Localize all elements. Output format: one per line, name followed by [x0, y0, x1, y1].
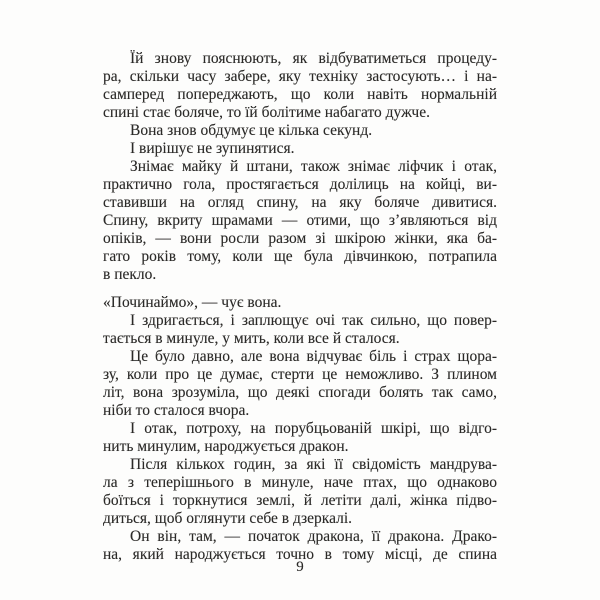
text-line: Після кількох годин, за які її свідоміст… [103, 456, 497, 474]
text-line: опіків, — вони росли разом зі шкірою жін… [103, 230, 497, 248]
paragraph: Вона знов обдумує це кілька секунд. [103, 122, 497, 140]
text-line: Знімає майку й штани, також знімає ліфчи… [103, 158, 497, 176]
paragraph: Після кількох годин, за які її свідоміст… [103, 456, 497, 528]
text-line: ставивши на огляд спину, на яку боляче д… [103, 194, 497, 212]
text-block: Їй знову пояснюють, як відбуватиметься п… [103, 50, 497, 564]
text-line: диться, щоб оглянути себе в дзеркалі. [103, 510, 497, 528]
text-line: Он він, там, — початок дракона, її драко… [103, 528, 497, 546]
text-line: практично гола, простягається долілиць н… [103, 176, 497, 194]
text-line: нить минулим, народжується дракон. [103, 438, 497, 456]
text-line: гато років тому, коли ще була дівчинкою,… [103, 248, 497, 266]
paragraph: Це було давно, але вона відчуває біль і … [103, 348, 497, 420]
text-line: боїться і торкнутися землі, й летіти дал… [103, 492, 497, 510]
text-line: самперед попереджають, що коли навіть но… [103, 86, 497, 104]
page-number: 9 [0, 558, 600, 576]
text-line: спині стає боляче, то їй болітиме набага… [103, 104, 497, 122]
text-line: зу, коли про це думає, стерти це неможли… [103, 366, 497, 384]
text-line: Їй знову пояснюють, як відбуватиметься п… [103, 50, 497, 68]
text-line: «Починаймо», — чує вона. [103, 294, 497, 312]
paragraph: Їй знову пояснюють, як відбуватиметься п… [103, 50, 497, 122]
text-line: Спину, вкриту шрамами — отими, що з’явля… [103, 212, 497, 230]
text-line: І вирішує не зупинятися. [103, 140, 497, 158]
paragraph: І здригається, і заплющує очі так сильно… [103, 312, 497, 348]
paragraph: І вирішує не зупинятися. [103, 140, 497, 158]
book-page: Їй знову пояснюють, як відбуватиметься п… [0, 0, 600, 600]
text-line: ла з теперішнього в минуле, наче птах, щ… [103, 474, 497, 492]
text-line: літ, вона зрозуміла, що деякі спогади бо… [103, 384, 497, 402]
paragraph: «Починаймо», — чує вона. [103, 294, 497, 312]
text-line: ніби то сталося вчора. [103, 402, 497, 420]
paragraph: Знімає майку й штани, також знімає ліфчи… [103, 158, 497, 284]
text-line: І отак, потроху, на порубцьованій шкірі,… [103, 420, 497, 438]
text-line: І здригається, і заплющує очі так сильно… [103, 312, 497, 330]
paragraph: І отак, потроху, на порубцьованій шкірі,… [103, 420, 497, 456]
text-line: Вона знов обдумує це кілька секунд. [103, 122, 497, 140]
text-line: тається в минуле, у мить, коли все й ста… [103, 330, 497, 348]
text-line: в пекло. [103, 266, 497, 284]
text-line: ра, скільки часу забере, яку техніку зас… [103, 68, 497, 86]
text-line: Це було давно, але вона відчуває біль і … [103, 348, 497, 366]
